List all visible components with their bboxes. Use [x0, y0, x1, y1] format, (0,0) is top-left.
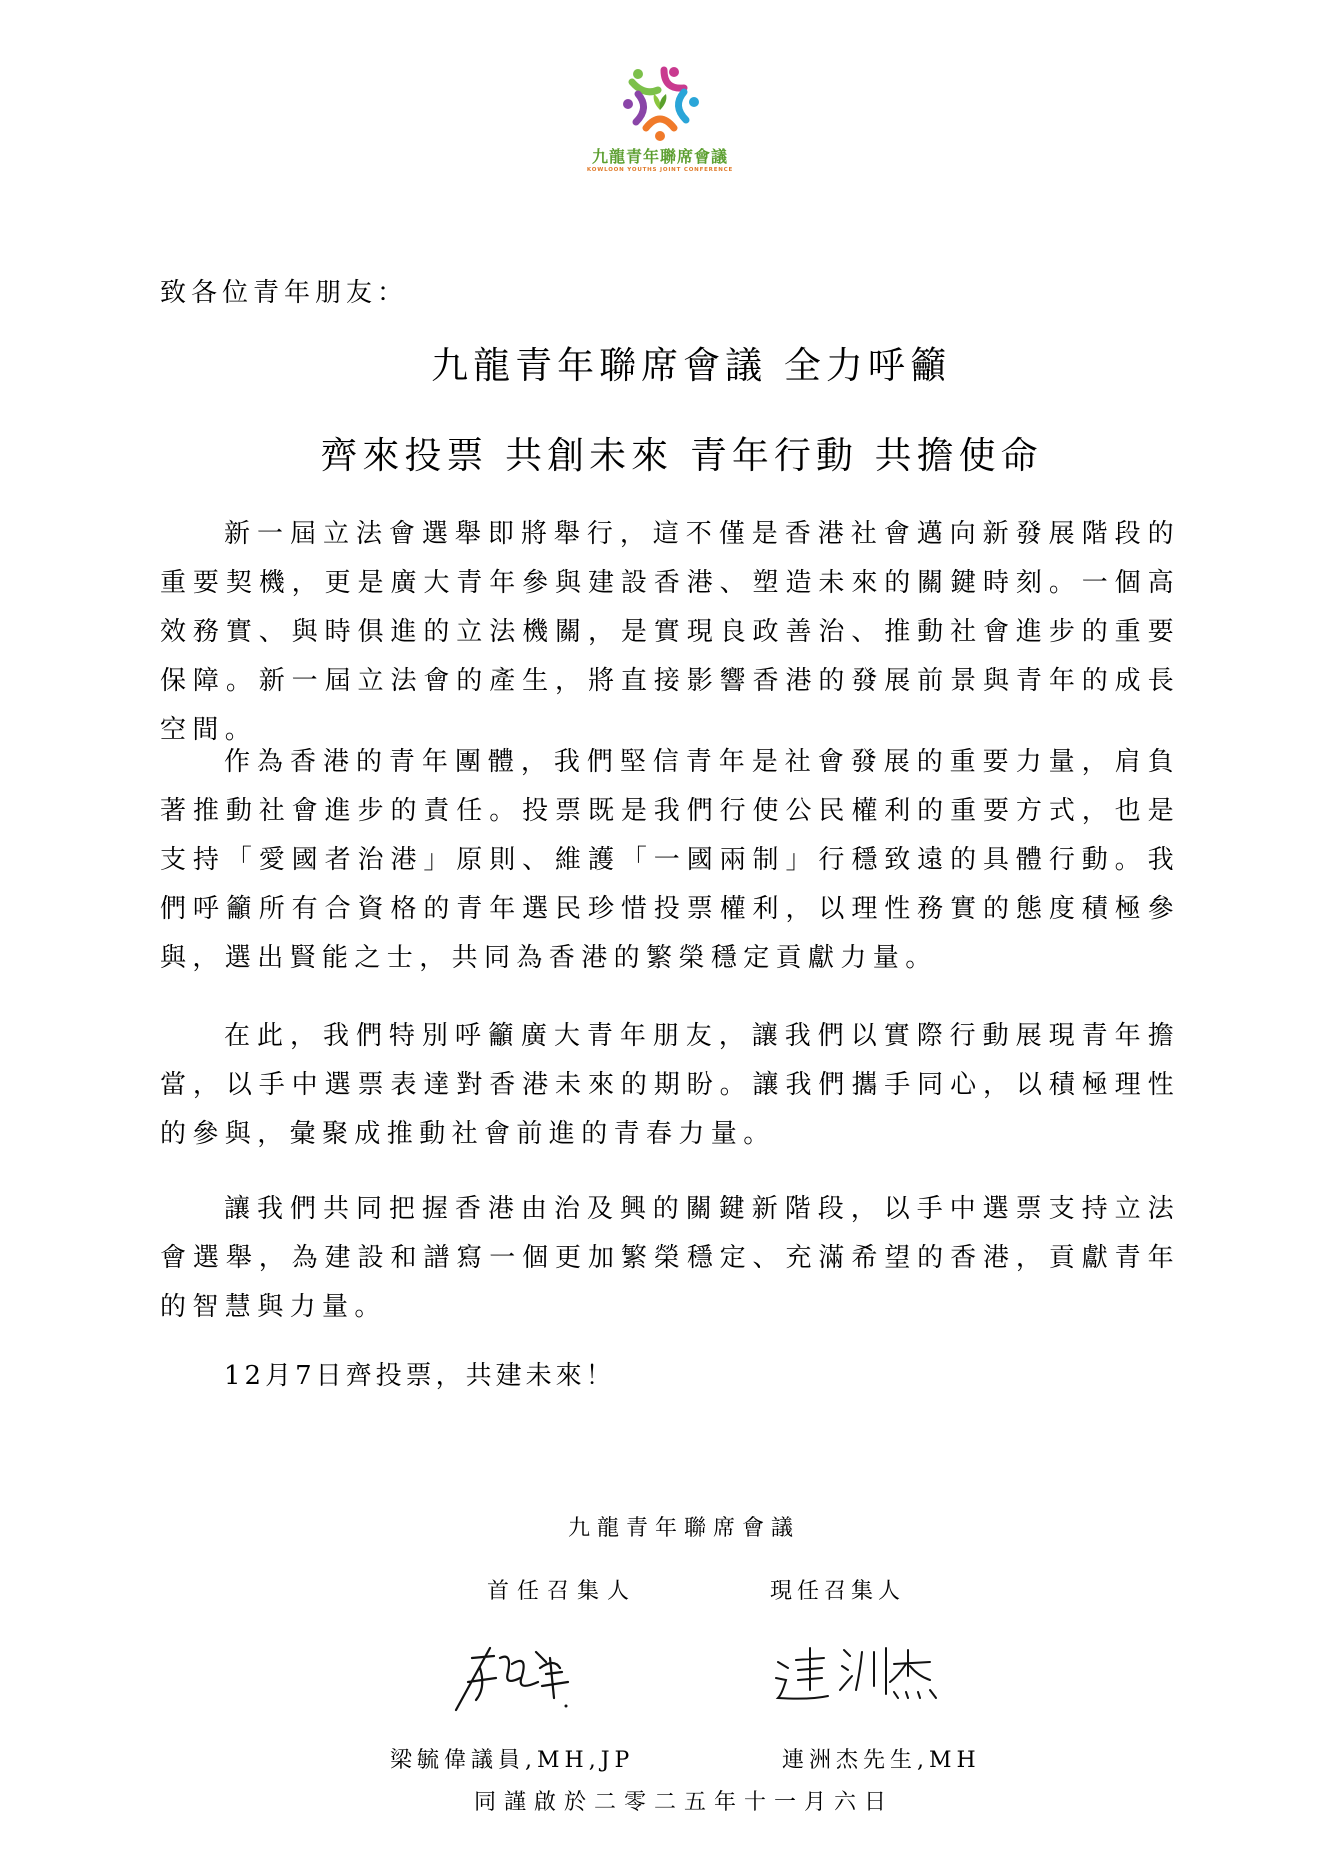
logo-subtitle: KOWLOON YOUTHS JOINT CONFERENCE: [580, 167, 740, 173]
handwritten-signature-icon: [450, 1638, 600, 1718]
body-paragraph-1: 新一屆立法會選舉即將舉行，這不僅是香港社會邁向新發展階段的重要契機，更是廣大青年…: [160, 510, 1180, 755]
body-paragraph-2: 作為香港的青年團體，我們堅信青年是社會發展的重要力量，肩負著推動社會進步的責任。…: [160, 738, 1180, 983]
name-founding-convenor: 梁毓偉議員,MH,JP: [390, 1743, 634, 1774]
signature-current-convenor: [770, 1638, 950, 1712]
body-paragraph-4: 讓我們共同把握香港由治及興的關鍵新階段，以手中選票支持立法會選舉，為建設和譜寫一…: [160, 1185, 1180, 1332]
handwritten-signature-icon: [770, 1638, 950, 1708]
body-paragraph-3: 在此，我們特別呼籲廣大青年朋友，讓我們以實際行動展現青年擔當，以手中選票表達對香…: [160, 1012, 1180, 1159]
logo-star-people-icon: [620, 62, 700, 142]
headline-line-2: 齊來投票 共創未來 青年行動 共擔使命: [0, 425, 1323, 479]
signoff-organization: 九龍青年聯席會議: [0, 1511, 1323, 1542]
role-current-convenor: 現任召集人: [770, 1574, 905, 1605]
closing-slogan: 12月7日齊投票，共建未來！: [224, 1355, 616, 1392]
name-current-convenor: 連洲杰先生,MH: [782, 1743, 981, 1774]
signoff-date: 同謹啟於二零二五年十一月六日: [0, 1785, 1323, 1816]
headline-line-1: 九龍青年聯席會議 全力呼籲: [0, 335, 1323, 389]
salutation: 致各位青年朋友：: [160, 272, 408, 309]
logo-title: 九龍青年聯席會議: [580, 144, 740, 167]
organization-logo: 九龍青年聯席會議 KOWLOON YOUTHS JOINT CONFERENCE: [580, 62, 740, 202]
role-founding-convenor: 首任召集人: [487, 1574, 637, 1605]
signature-founding-convenor: [450, 1638, 600, 1722]
